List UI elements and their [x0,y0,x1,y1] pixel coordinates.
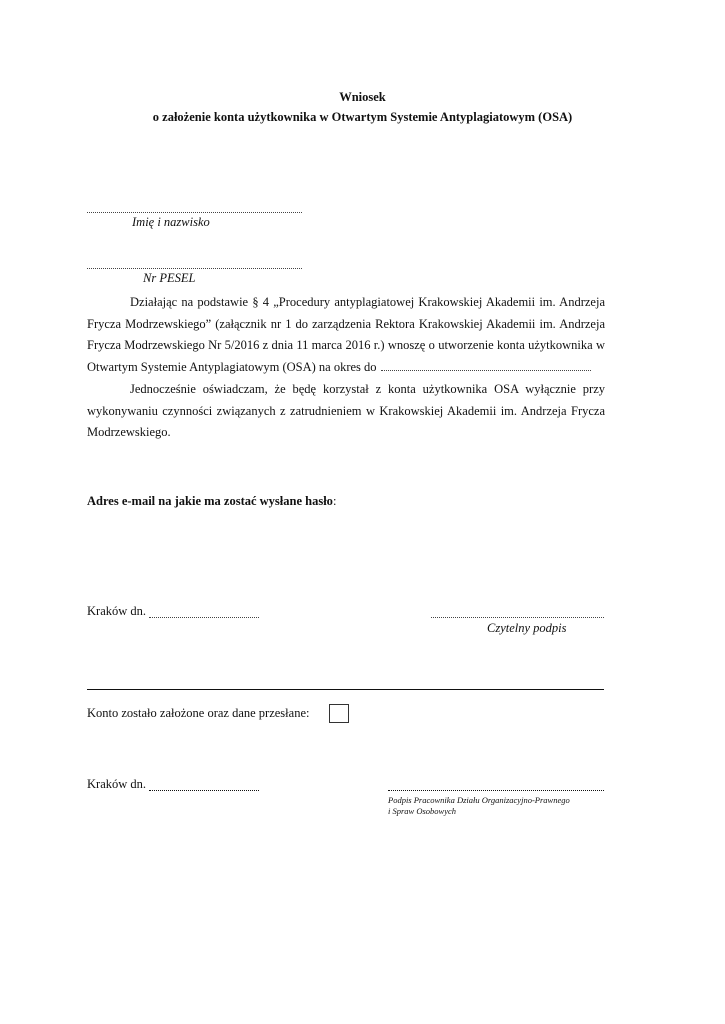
office-signature-line[interactable] [388,790,604,791]
email-label-colon: : [333,494,336,508]
office-place-date-label: Kraków dn. [87,777,146,792]
office-signature-label-line2: i Spraw Osobowych [388,806,570,817]
applicant-date-line[interactable] [149,617,259,618]
confirmation-label: Konto zostało założone oraz dane przesła… [87,706,309,721]
declaration-text: Jednocześnie oświadczam, że będę korzyst… [87,382,605,439]
document-subtitle: o założenie konta użytkownika w Otwartym… [0,110,725,125]
applicant-signature-label: Czytelny podpis [487,621,567,636]
declaration-paragraph: Jednocześnie oświadczam, że będę korzyst… [87,379,605,444]
section-divider [87,689,604,690]
applicant-place-date-label: Kraków dn. [87,604,146,619]
email-label: Adres e-mail na jakie ma zostać wysłane … [87,494,333,508]
request-text: Działając na podstawie § 4 „Procedury an… [87,295,605,374]
request-paragraph: Działając na podstawie § 4 „Procedury an… [87,292,605,378]
office-signature-label: Podpis Pracownika Działu Organizacyjno-P… [388,795,570,817]
document-title: Wniosek [0,90,725,105]
period-field-line[interactable] [381,370,591,371]
name-field-label: Imię i nazwisko [132,215,210,230]
name-field-line[interactable] [87,212,302,213]
applicant-signature-line[interactable] [431,617,604,618]
pesel-field-line[interactable] [87,268,302,269]
pesel-field-label: Nr PESEL [143,271,195,286]
office-signature-label-line1: Podpis Pracownika Działu Organizacyjno-P… [388,795,570,806]
office-date-line[interactable] [149,790,259,791]
confirmation-checkbox[interactable] [329,704,349,723]
email-section: Adres e-mail na jakie ma zostać wysłane … [87,490,336,509]
